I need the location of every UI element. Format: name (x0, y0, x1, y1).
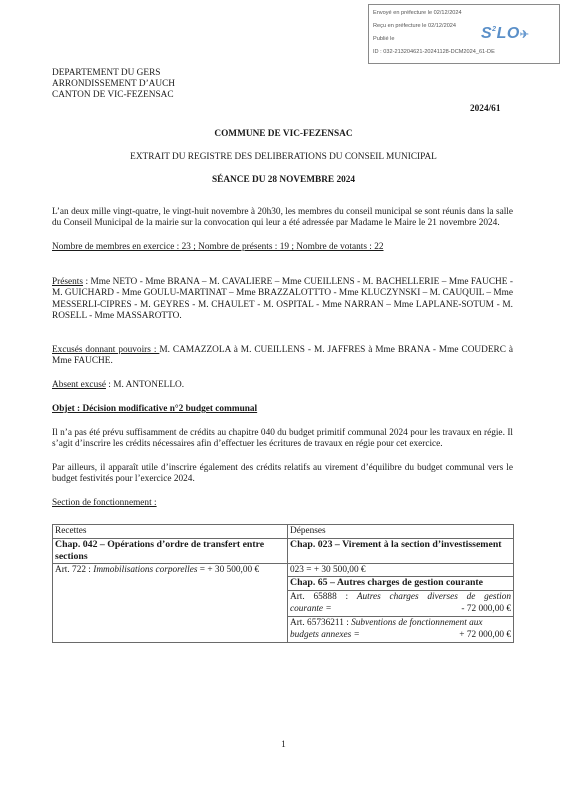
art3-value: + 72 000,00 € (459, 629, 511, 642)
subject-text: Objet : Décision modificative n°2 budget… (52, 404, 257, 414)
table-header-row: Recettes Dépenses (53, 525, 514, 539)
section-label: Section de fonctionnement : (52, 498, 513, 509)
stamp-sent: Envoyé en préfecture le 02/12/2024 (373, 7, 555, 20)
art3-prefix: Art. 65736211 : (290, 618, 351, 628)
member-counts: Nombre de membres en exercice : 23 ; Nom… (52, 242, 513, 253)
logo-sup: 2 (492, 26, 496, 33)
depenses-chapter-65: Chap. 65 – Autres charges de gestion cou… (288, 577, 514, 591)
plane-icon: ✈ (520, 29, 530, 41)
header-department: DEPARTEMENT DU GERS (52, 68, 160, 79)
present-label: Présents (52, 277, 83, 287)
recettes-header: Recettes (53, 525, 288, 539)
depenses-article-65736211: Art. 65736211 : Subventions de fonctionn… (288, 616, 514, 642)
header-arrondissement: ARRONDISSEMENT D’AUCH (52, 79, 175, 90)
absent-excused: Absent excusé : M. ANTONELLO. (52, 380, 513, 391)
budget-table: Recettes Dépenses Chap. 042 – Opérations… (52, 524, 514, 643)
prefecture-stamp: Envoyé en préfecture le 02/12/2024 Reçu … (368, 4, 560, 64)
stamp-id: ID : 032-213204621-20241128-DCM2024_61-D… (373, 46, 555, 59)
recettes-article: Art. 722 : Immobilisations corporelles =… (53, 563, 288, 642)
header-canton: CANTON DE VIC-FEZENSAC (52, 90, 174, 101)
art3-label: Subventions de fonctionnement aux (351, 618, 482, 628)
paragraph-1: Il n’a pas été prévu suffisamment de cré… (52, 428, 513, 451)
table-row: Art. 722 : Immobilisations corporelles =… (53, 563, 514, 577)
depenses-article-65888: Art. 65888 : Autres charges diverses de … (288, 590, 514, 616)
counts-text: Nombre de membres en exercice : 23 ; Nom… (52, 242, 384, 252)
absent-list: : M. ANTONELLO. (106, 380, 184, 390)
page-number: 1 (0, 740, 567, 750)
art2-value: - 72 000,00 € (461, 603, 511, 616)
depenses-chapter-023: Chap. 023 – Virement à la section d’inve… (288, 538, 514, 563)
logo-lo: LO (497, 25, 520, 42)
absent-label: Absent excusé (52, 380, 106, 390)
present-members: Présents : Mme NETO - Mme BRANA – M. CAV… (52, 277, 513, 323)
commune-title: COMMUNE DE VIC-FEZENSAC (0, 129, 567, 139)
depenses-header: Dépenses (288, 525, 514, 539)
recettes-art-value: = + 30 500,00 € (197, 565, 259, 575)
extract-title: EXTRAIT DU REGISTRE DES DELIBERATIONS DU… (0, 152, 567, 162)
subject-heading: Objet : Décision modificative n°2 budget… (52, 404, 513, 415)
section-label-text: Section de fonctionnement : (52, 498, 157, 508)
table-row: Chap. 042 – Opérations d’ordre de transf… (53, 538, 514, 563)
session-title: SÉANCE DU 28 NOVEMBRE 2024 (0, 175, 567, 185)
reference-number: 2024/61 (470, 104, 500, 114)
recettes-art-label: Immobilisations corporelles (93, 565, 197, 575)
excused-proxy: Excusés donnant pouvoirs : M. CAMAZZOLA … (52, 345, 513, 368)
excused-label: Excusés donnant pouvoirs : (52, 345, 159, 355)
intro-paragraph: L’an deux mille vingt-quatre, le vingt-h… (52, 207, 513, 230)
depenses-023-line: 023 = + 30 500,00 € (288, 563, 514, 577)
recettes-chapter: Chap. 042 – Opérations d’ordre de transf… (53, 538, 288, 563)
art2-label: Autres charges diverses de gestion (357, 592, 511, 602)
art3-label-cont: budgets annexes = (290, 629, 360, 642)
present-list: : Mme NETO - Mme BRANA – M. CAVALIERE – … (52, 277, 513, 321)
slo-logo-icon: S2LO✈ (481, 25, 530, 43)
paragraph-2: Par ailleurs, il apparaît utile d’inscri… (52, 463, 513, 486)
recettes-art-prefix: Art. 722 : (55, 565, 93, 575)
art2-label-cont: courante = (290, 603, 332, 616)
logo-s: S (481, 25, 492, 42)
art2-prefix: Art. 65888 : (290, 592, 357, 602)
